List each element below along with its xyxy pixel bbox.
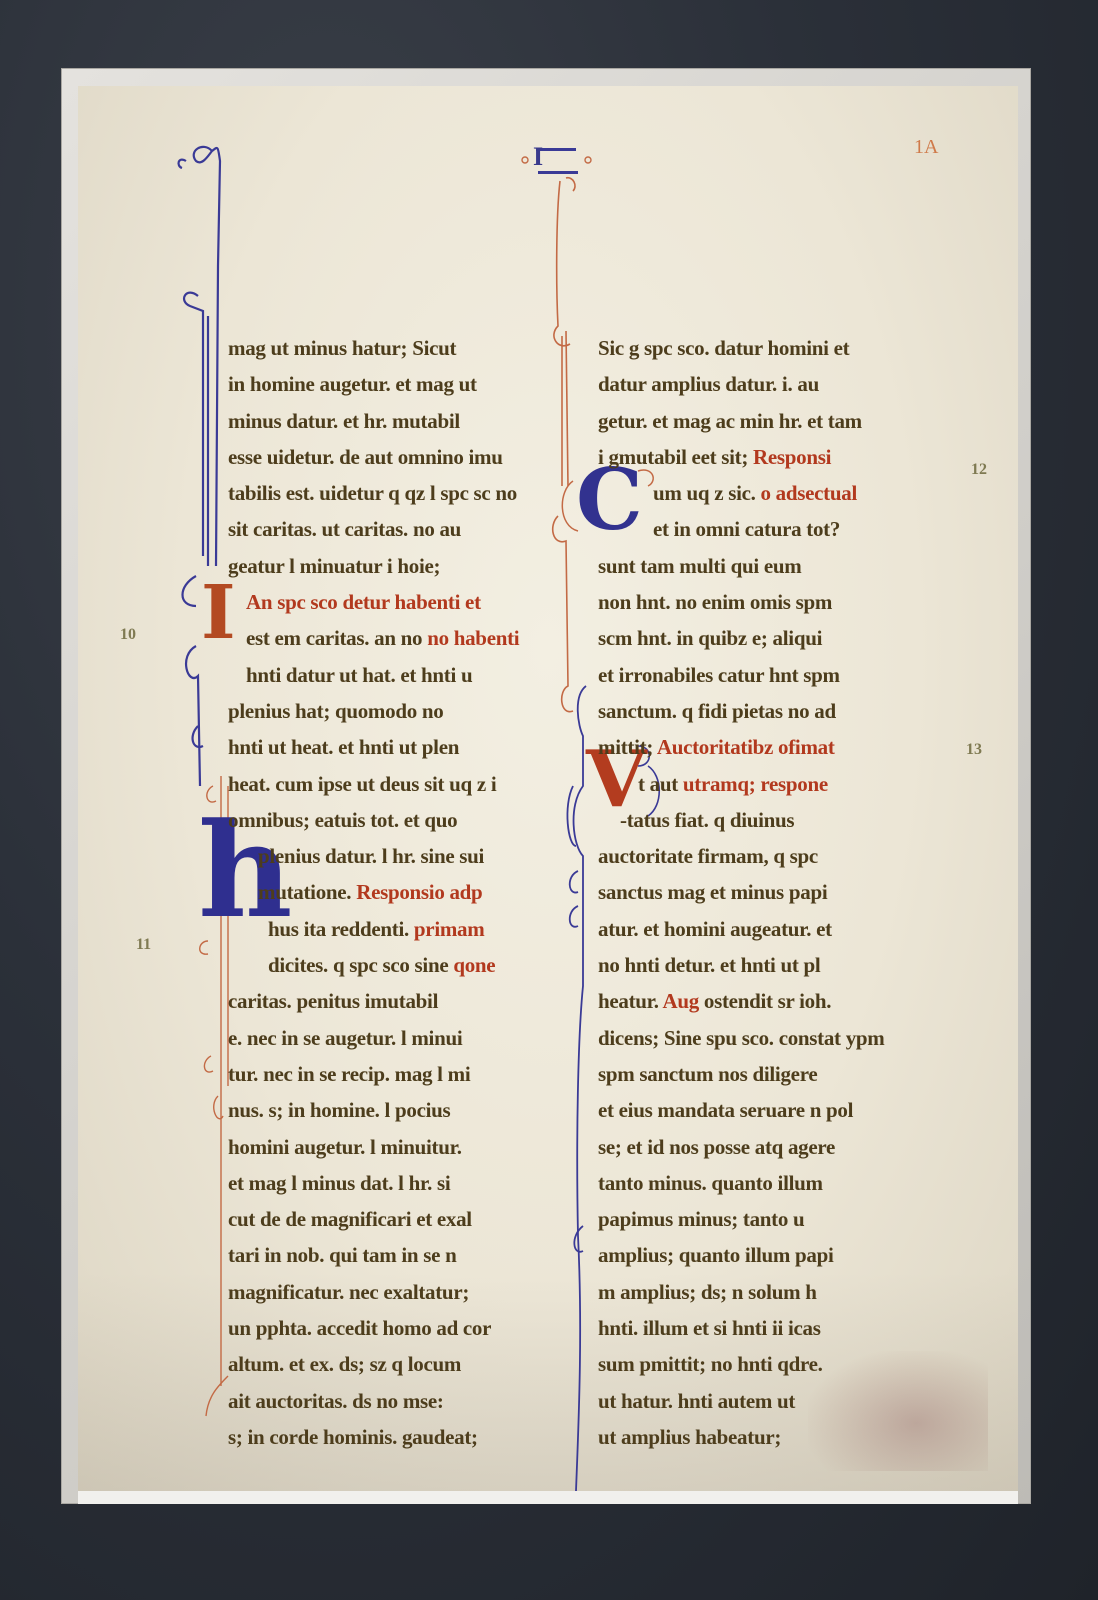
line-text: non hnt. no enim omis spm	[598, 590, 832, 614]
manuscript-line: dicites. q spc sco sine qone	[228, 947, 568, 983]
manuscript-line: tanto minus. quanto illum	[598, 1165, 948, 1201]
manuscript-line: homini augetur. l minuitur.	[228, 1129, 568, 1165]
line-text: magnificatur. nec exaltatur;	[228, 1280, 469, 1304]
running-head: I	[533, 142, 547, 172]
line-text: esse uidetur. de aut omnino imu	[228, 445, 503, 469]
manuscript-line: et in omni catura tot?	[598, 511, 948, 547]
manuscript-line: plenius datur. l hr. sine sui	[228, 838, 568, 874]
manuscript-line: ut amplius habeatur;	[598, 1419, 948, 1455]
line-text: um uq z sic.	[653, 481, 761, 505]
manuscript-line: s; in corde hominis. gaudeat;	[228, 1419, 568, 1455]
line-text: e. nec in se augetur. l minui	[228, 1026, 462, 1050]
manuscript-line: nus. s; in homine. l pocius	[228, 1092, 568, 1128]
manuscript-line: est em caritas. an no no habenti	[228, 620, 568, 656]
manuscript-line: se; et id nos posse atq agere	[598, 1129, 948, 1165]
line-text: tanto minus. quanto illum	[598, 1171, 823, 1195]
manuscript-line: sunt tam multi qui eum	[598, 548, 948, 584]
manuscript-line: getur. et mag ac min hr. et tam	[598, 403, 948, 439]
line-text: amplius; quanto illum papi	[598, 1243, 834, 1267]
manuscript-line: An spc sco detur habenti et	[228, 584, 568, 620]
manuscript-line: heat. cum ipse ut deus sit uq z i	[228, 766, 568, 802]
line-text: no hnti detur. et hnti ut pl	[598, 953, 820, 977]
line-text: est em caritas. an no	[246, 626, 427, 650]
manuscript-line: sum pmittit; no hnti qdre.	[598, 1346, 948, 1382]
line-text: auctoritate firmam, q spc	[598, 844, 818, 868]
rubric-text: Aug	[663, 989, 699, 1013]
line-text: plenius datur. l hr. sine sui	[258, 844, 484, 868]
line-text: Sic g spc sco. datur homini et	[598, 336, 849, 360]
manuscript-line: hnti. illum et si hnti ii icas	[598, 1310, 948, 1346]
line-text: homini augetur. l minuitur.	[228, 1135, 462, 1159]
manuscript-line: auctoritate firmam, q spc	[598, 838, 948, 874]
manuscript-line: i gmutabil eet sit; Responsi	[598, 439, 948, 475]
manuscript-line: t aut utramq; respone	[598, 766, 948, 802]
manuscript-line: cut de de magnificari et exal	[228, 1201, 568, 1237]
rubric-text: utramq; respone	[683, 772, 828, 796]
manuscript-line: Sic g spc sco. datur homini et	[598, 330, 948, 366]
line-text: in homine augetur. et mag ut	[228, 372, 477, 396]
manuscript-line: tur. nec in se recip. mag l mi	[228, 1056, 568, 1092]
manuscript-line: hnti datur ut hat. et hnti u	[228, 657, 568, 693]
line-text: hnti datur ut hat. et hnti u	[246, 663, 472, 687]
manuscript-line: omnibus; eatuis tot. et quo	[228, 802, 568, 838]
margin-number-11: 11	[136, 936, 151, 954]
line-text: sit caritas. ut caritas. no au	[228, 517, 461, 541]
manuscript-line: m amplius; ds; n solum h	[598, 1274, 948, 1310]
line-text: cut de de magnificari et exal	[228, 1207, 472, 1231]
line-text: scm hnt. in quibz e; aliqui	[598, 626, 822, 650]
rubric-text: An spc sco detur habenti et	[246, 590, 481, 614]
line-text: un pphta. accedit homo ad cor	[228, 1316, 491, 1340]
manuscript-line: magnificatur. nec exaltatur;	[228, 1274, 568, 1310]
manuscript-line: um uq z sic. o adsectual	[598, 475, 948, 511]
manuscript-line: hnti ut heat. et hnti ut plen	[228, 729, 568, 765]
text-column-left: mag ut minus hatur; Sicutin homine auget…	[228, 330, 568, 1455]
manuscript-line: amplius; quanto illum papi	[598, 1237, 948, 1273]
manuscript-line: ut hatur. hnti autem ut	[598, 1383, 948, 1419]
margin-number-13: 13	[966, 741, 982, 759]
rubric-text: Responsio adp	[356, 880, 482, 904]
manuscript-line: un pphta. accedit homo ad cor	[228, 1310, 568, 1346]
line-text: ut hatur. hnti autem ut	[598, 1389, 795, 1413]
line-text: plenius hat; quomodo no	[228, 699, 443, 723]
line-text: -tatus fiat. q diuinus	[620, 808, 794, 832]
line-text: sanctum. q fidi pietas no ad	[598, 699, 836, 723]
manuscript-line: sanctus mag et minus papi	[598, 874, 948, 910]
manuscript-line: tari in nob. qui tam in se n	[228, 1237, 568, 1273]
left-blue-flourish-icon	[179, 147, 220, 786]
manuscript-line: sanctum. q fidi pietas no ad	[598, 693, 948, 729]
line-text: et mag l minus dat. l hr. si	[228, 1171, 450, 1195]
line-text: sum pmittit; no hnti qdre.	[598, 1352, 823, 1376]
folio-number: 1A	[914, 136, 938, 159]
line-text: se; et id nos posse atq agere	[598, 1135, 835, 1159]
manuscript-leaf: I 1A 10 11 12 13 I h C V mag ut minus ha…	[78, 86, 1018, 1491]
manuscript-line: non hnt. no enim omis spm	[598, 584, 948, 620]
text-column-right: Sic g spc sco. datur homini etdatur ampl…	[598, 330, 948, 1455]
line-text: tabilis est. uidetur q qz l spc sc no	[228, 481, 517, 505]
manuscript-line: no hnti detur. et hnti ut pl	[598, 947, 948, 983]
manuscript-line: -tatus fiat. q diuinus	[598, 802, 948, 838]
line-text: et eius mandata seruare n pol	[598, 1098, 853, 1122]
line-text: sanctus mag et minus papi	[598, 880, 827, 904]
line-text: nus. s; in homine. l pocius	[228, 1098, 450, 1122]
manuscript-line: et eius mandata seruare n pol	[598, 1092, 948, 1128]
manuscript-line: hus ita reddenti. primam	[228, 911, 568, 947]
manuscript-line: papimus minus; tanto u	[598, 1201, 948, 1237]
rubric-text: Responsi	[753, 445, 831, 469]
line-text: heatur.	[598, 989, 663, 1013]
rubric-text: primam	[414, 917, 485, 941]
running-head-letter: I	[533, 142, 547, 171]
manuscript-line: scm hnt. in quibz e; aliqui	[598, 620, 948, 656]
line-text: s; in corde hominis. gaudeat;	[228, 1425, 478, 1449]
line-text: ait auctoritas. ds no mse:	[228, 1389, 444, 1413]
line-text: spm sanctum nos diligere	[598, 1062, 817, 1086]
manuscript-line: sit caritas. ut caritas. no au	[228, 511, 568, 547]
manuscript-line: minus datur. et hr. mutabil	[228, 403, 568, 439]
rubric-text: no habenti	[427, 626, 519, 650]
line-text: m amplius; ds; n solum h	[598, 1280, 817, 1304]
manuscript-line: atur. et homini augeatur. et	[598, 911, 948, 947]
manuscript-line: datur amplius datur. i. au	[598, 366, 948, 402]
manuscript-line: dicens; Sine spu sco. constat ypm	[598, 1020, 948, 1056]
manuscript-line: spm sanctum nos diligere	[598, 1056, 948, 1092]
line-text: tari in nob. qui tam in se n	[228, 1243, 457, 1267]
margin-number-10: 10	[120, 626, 136, 644]
line-text: hnti ut heat. et hnti ut plen	[228, 735, 459, 759]
line-text: hus ita reddenti.	[268, 917, 414, 941]
manuscript-line: altum. et ex. ds; sz q locum	[228, 1346, 568, 1382]
line-text: getur. et mag ac min hr. et tam	[598, 409, 862, 433]
line-text: minus datur. et hr. mutabil	[228, 409, 460, 433]
rubric-text: qone	[453, 953, 495, 977]
rubric-text: o adsectual	[761, 481, 857, 505]
line-text: omnibus; eatuis tot. et quo	[228, 808, 457, 832]
line-text-after: ostendit sr ioh.	[699, 989, 831, 1013]
line-text: heat. cum ipse ut deus sit uq z i	[228, 772, 496, 796]
line-text: dicens; Sine spu sco. constat ypm	[598, 1026, 884, 1050]
manuscript-line: plenius hat; quomodo no	[228, 693, 568, 729]
rubric-text: Auctoritatibz ofimat	[657, 735, 835, 759]
manuscript-line: in homine augetur. et mag ut	[228, 366, 568, 402]
line-text: et irronabiles catur hnt spm	[598, 663, 840, 687]
line-text: mutatione.	[258, 880, 356, 904]
manuscript-line: et irronabiles catur hnt spm	[598, 657, 948, 693]
manuscript-line: esse uidetur. de aut omnino imu	[228, 439, 568, 475]
margin-number-12: 12	[971, 461, 987, 479]
line-text: altum. et ex. ds; sz q locum	[228, 1352, 461, 1376]
line-text: papimus minus; tanto u	[598, 1207, 804, 1231]
manuscript-line: et mag l minus dat. l hr. si	[228, 1165, 568, 1201]
manuscript-line: heatur. Aug ostendit sr ioh.	[598, 983, 948, 1019]
line-text: t aut	[638, 772, 683, 796]
line-text: et in omni catura tot?	[653, 517, 840, 541]
manuscript-line: ait auctoritas. ds no mse:	[228, 1383, 568, 1419]
line-text: sunt tam multi qui eum	[598, 554, 801, 578]
manuscript-line: mutatione. Responsio adp	[228, 874, 568, 910]
center-blue-flourish-icon	[567, 686, 586, 1491]
manuscript-line: e. nec in se augetur. l minui	[228, 1020, 568, 1056]
line-text: mag ut minus hatur; Sicut	[228, 336, 456, 360]
manuscript-line: tabilis est. uidetur q qz l spc sc no	[228, 475, 568, 511]
line-text: mittit;	[598, 735, 657, 759]
line-text: i gmutabil eet sit;	[598, 445, 753, 469]
line-text: caritas. penitus imutabil	[228, 989, 438, 1013]
manuscript-line: mag ut minus hatur; Sicut	[228, 330, 568, 366]
line-text: datur amplius datur. i. au	[598, 372, 819, 396]
manuscript-line: caritas. penitus imutabil	[228, 983, 568, 1019]
line-text: tur. nec in se recip. mag l mi	[228, 1062, 470, 1086]
line-text: dicites. q spc sco sine	[268, 953, 453, 977]
line-text: ut amplius habeatur;	[598, 1425, 781, 1449]
manuscript-line: geatur l minuatur i hoie;	[228, 548, 568, 584]
line-text: geatur l minuatur i hoie;	[228, 554, 440, 578]
line-text: atur. et homini augeatur. et	[598, 917, 832, 941]
line-text: hnti. illum et si hnti ii icas	[598, 1316, 821, 1340]
manuscript-line: mittit; Auctoritatibz ofimat	[598, 729, 948, 765]
